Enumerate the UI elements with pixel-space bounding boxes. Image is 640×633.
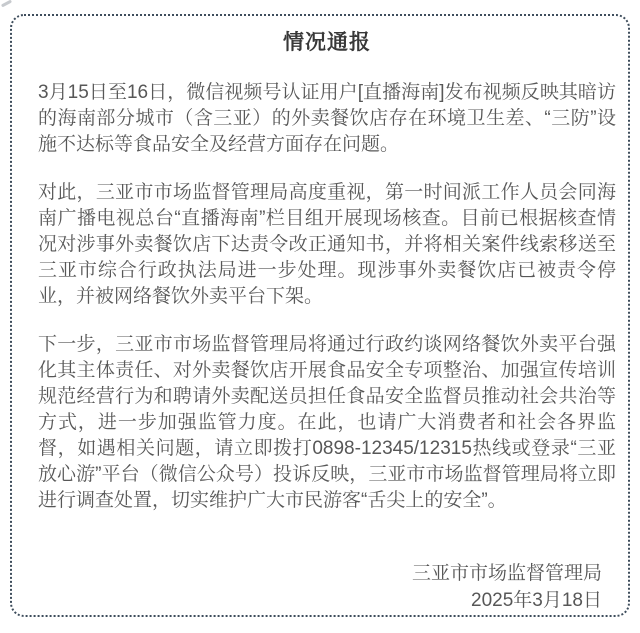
paragraph-response: 对此，三亚市市场监督管理局高度重视，第一时间派工作人员会同海南广播电视总台“直播… <box>38 180 616 310</box>
paragraph-next-steps: 下一步，三亚市市场监督管理局将通过行政约谈网络餐饮外卖平台强化其主体责任、对外卖… <box>38 332 616 514</box>
signature-block: 三亚市市场监督管理局 2025年3月18日 <box>38 560 616 614</box>
signature-agency: 三亚市市场监督管理局 <box>38 560 602 587</box>
scan-artifact <box>1 0 12 7</box>
signature-date: 2025年3月18日 <box>38 587 602 614</box>
notice-document: 情况通报 3月15日至16日，微信视频号认证用户[直播海南]发布视频反映其暗访的… <box>10 14 630 617</box>
notice-body: 3月15日至16日，微信视频号认证用户[直播海南]发布视频反映其暗访的海南部分城… <box>38 80 616 514</box>
notice-content: 情况通报 3月15日至16日，微信视频号认证用户[直播海南]发布视频反映其暗访的… <box>12 16 628 615</box>
notice-title: 情况通报 <box>38 30 616 54</box>
paragraph-incident: 3月15日至16日，微信视频号认证用户[直播海南]发布视频反映其暗访的海南部分城… <box>38 80 616 158</box>
